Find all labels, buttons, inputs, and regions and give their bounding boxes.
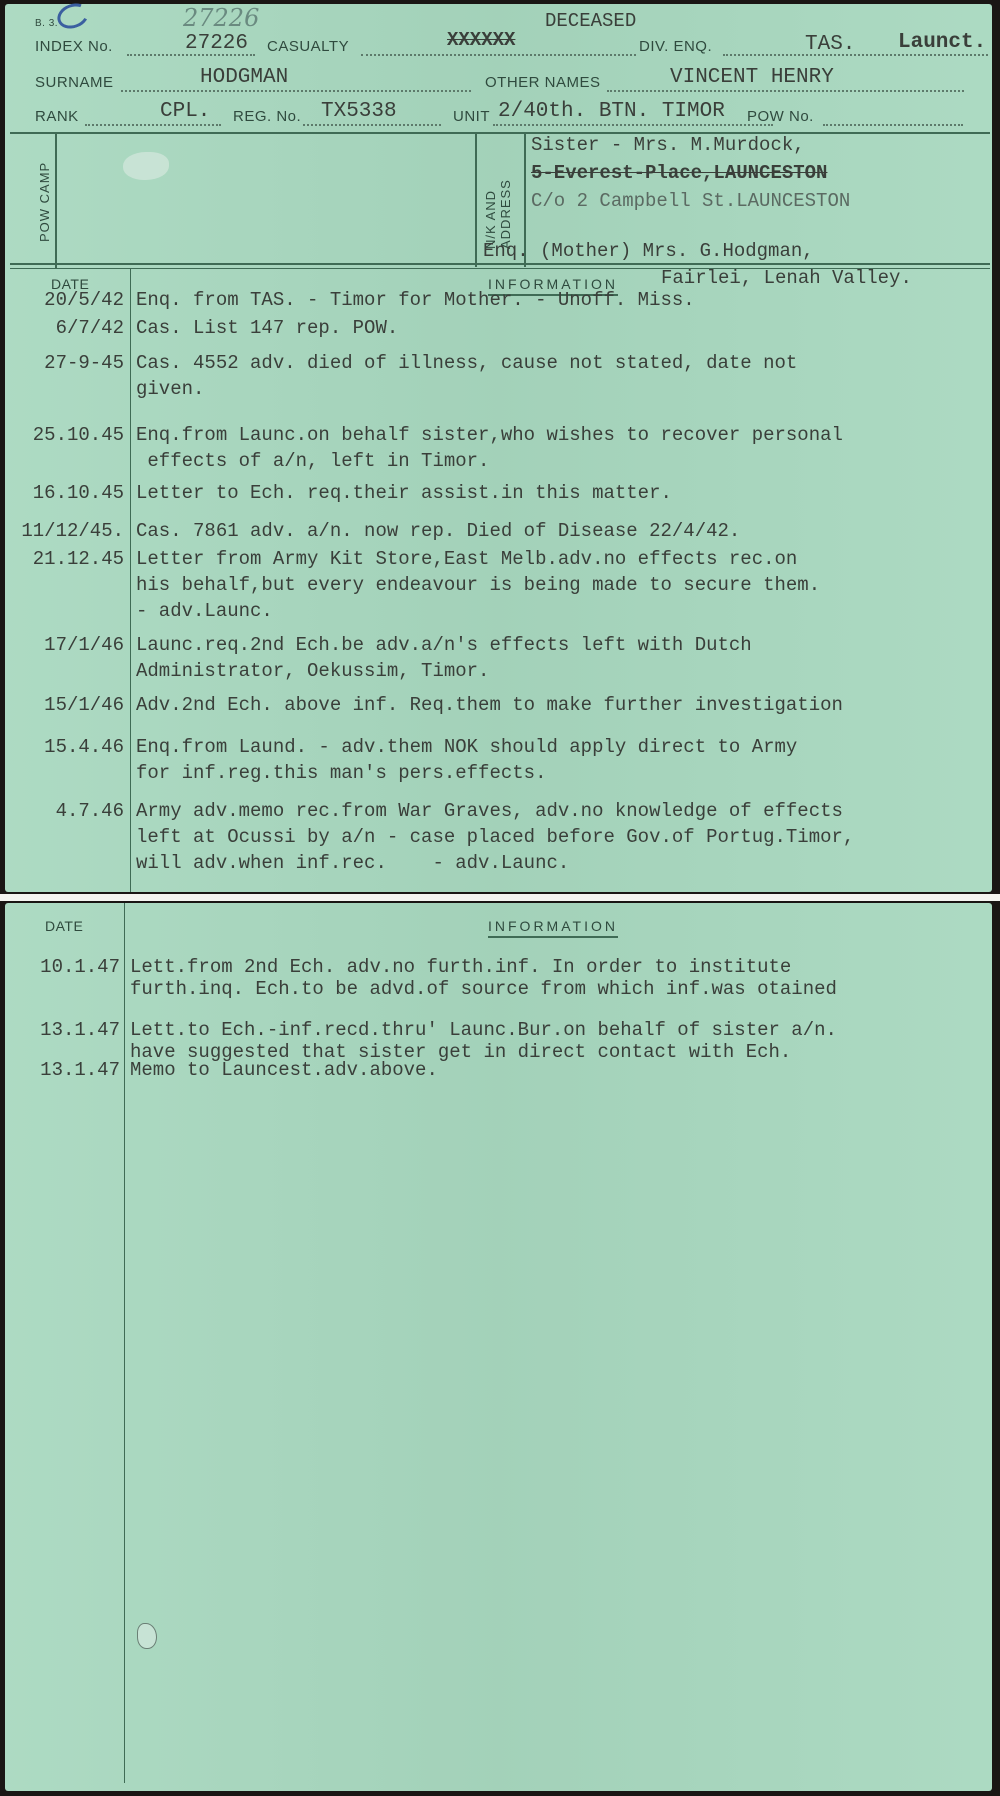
pow-no-label: POW No. <box>747 108 814 125</box>
entry-date: 4.7.46 <box>56 800 124 822</box>
entry-text-line: Memo to Launcest.adv.above. <box>130 1059 438 1081</box>
entry-date: 25.10.45 <box>33 424 124 446</box>
rank-label: RANK <box>35 108 79 125</box>
entry-date: 13.1.47 <box>40 1059 120 1081</box>
entry-text-line: effects of a/n, left in Timor. <box>136 450 489 472</box>
nk-address-line-struck: 5-Everest-Place,LAUNCESTON <box>531 162 827 184</box>
index-card-front: B. 3. 27226 INDEX No. 27226 CASUALTY XXX… <box>5 4 992 892</box>
unit-dots <box>493 124 773 126</box>
entry-text-line: Letter from Army Kit Store,East Melb.adv… <box>136 548 797 570</box>
section-rule <box>10 263 990 265</box>
other-names-label: OTHER NAMES <box>485 74 601 91</box>
entry-date: 27-9-45 <box>44 352 124 374</box>
pow-camp-divider <box>55 134 57 269</box>
entry-text-line: will adv.when inf.rec. - adv.Launc. <box>136 852 569 874</box>
entry-text-line: Lett.to Ech.-inf.recd.thru' Launc.Bur.on… <box>130 1019 837 1041</box>
entry-date: 6/7/42 <box>56 317 124 339</box>
entry-date: 11/12/45. <box>21 520 124 542</box>
other-names-value: VINCENT HENRY <box>670 66 834 89</box>
date-column-divider <box>130 269 131 892</box>
surname-label: SURNAME <box>35 74 114 91</box>
entry-text-line: Administrator, Oekussim, Timor. <box>136 660 489 682</box>
nk-address-line: Fairlei, Lenah Valley. <box>661 267 912 289</box>
nk-divider-left <box>475 134 477 267</box>
rank-value: CPL. <box>160 100 210 123</box>
entry-text-line: for inf.reg.this man's pers.effects. <box>136 762 546 784</box>
pow-camp-label: POW CAMP <box>37 162 52 242</box>
paper-damage-mark-icon <box>137 1623 157 1649</box>
unit-value: 2/40th. BTN. TIMOR <box>498 100 725 123</box>
entry-text-line: Launc.req.2nd Ech.be adv.a/n's effects l… <box>136 634 752 656</box>
entry-text-line: Cas. List 147 rep. POW. <box>136 317 398 339</box>
div-enq-extra: Launct. <box>898 31 986 54</box>
entry-text-line: furth.inq. Ech.to be advd.of source from… <box>130 978 837 1000</box>
entry-date: 21.12.45 <box>33 548 124 570</box>
unit-label: UNIT <box>453 108 490 125</box>
entry-text-line: Enq. from TAS. - Timor for Mother. - Uno… <box>136 289 695 311</box>
nk-address-line: Sister - Mrs. M.Murdock, <box>531 134 805 156</box>
information-header: INFORMATION <box>488 918 618 938</box>
entry-text-line: Enq.from Launc.on behalf sister,who wish… <box>136 424 843 446</box>
card-separator <box>0 894 1000 901</box>
casualty-dots <box>361 54 636 56</box>
div-enq-value: TAS. <box>805 33 855 56</box>
entry-text-line: Letter to Ech. req.their assist.in this … <box>136 482 672 504</box>
entry-date: 20/5/42 <box>44 289 124 311</box>
casualty-value: DECEASED <box>545 10 636 32</box>
surname-value: HODGMAN <box>200 66 288 89</box>
date-header: DATE <box>45 918 83 934</box>
paper-damage-mark-icon <box>123 152 169 180</box>
nk-address-line: Enq. (Mother) Mrs. G.Hodgman, <box>483 240 814 262</box>
reg-no-dots <box>303 124 441 126</box>
entry-date: 16.10.45 <box>33 482 124 504</box>
index-no-label: INDEX No. <box>35 38 113 55</box>
reg-no-label: REG. No. <box>233 108 301 125</box>
div-enq-label: DIV. ENQ. <box>639 38 712 55</box>
entry-text-line: Army adv.memo rec.from War Graves, adv.n… <box>136 800 843 822</box>
surname-dots <box>121 90 471 92</box>
entry-text-line: Cas. 4552 adv. died of illness, cause no… <box>136 352 797 374</box>
nk-address-label: N/K AND ADDRESS <box>483 179 513 249</box>
handwritten-index-number: 27226 <box>183 4 259 32</box>
entry-text-line: left at Ocussi by a/n - case placed befo… <box>136 826 854 848</box>
form-code: B. 3. <box>35 18 58 29</box>
section-rule-double <box>10 268 990 269</box>
entry-text-line: - adv.Launc. <box>136 600 273 622</box>
reg-no-value: TX5338 <box>321 100 397 123</box>
entry-date: 17/1/46 <box>44 634 124 656</box>
entry-text-line: given. <box>136 378 204 400</box>
header-rule <box>10 132 990 134</box>
entry-date: 10.1.47 <box>40 956 120 978</box>
casualty-label: CASUALTY <box>267 38 349 55</box>
blue-pencil-mark-icon <box>54 0 92 33</box>
nk-address-line: C/o 2 Campbell St.LAUNCESTON <box>531 190 850 212</box>
other-names-dots <box>607 90 964 92</box>
pow-no-dots <box>823 124 963 126</box>
entry-text-line: Adv.2nd Ech. above inf. Req.them to make… <box>136 694 843 716</box>
date-column-divider <box>124 903 125 1783</box>
entry-date: 15/1/46 <box>44 694 124 716</box>
entry-text-line: Cas. 7861 adv. a/n. now rep. Died of Dis… <box>136 520 740 542</box>
entry-text-line: his behalf,but every endeavour is being … <box>136 574 820 596</box>
entry-date: 15.4.46 <box>44 736 124 758</box>
entry-text-line: Enq.from Laund. - adv.them NOK should ap… <box>136 736 797 758</box>
casualty-struck-value: XXXXXX <box>447 29 515 51</box>
index-card-back: DATE INFORMATION 10.1.47Lett.from 2nd Ec… <box>5 903 992 1791</box>
entry-date: 13.1.47 <box>40 1019 120 1041</box>
rank-dots <box>85 124 221 126</box>
div-enq-dots <box>723 54 988 56</box>
index-no-value: 27226 <box>185 32 248 55</box>
entry-text-line: Lett.from 2nd Ech. adv.no furth.inf. In … <box>130 956 791 978</box>
